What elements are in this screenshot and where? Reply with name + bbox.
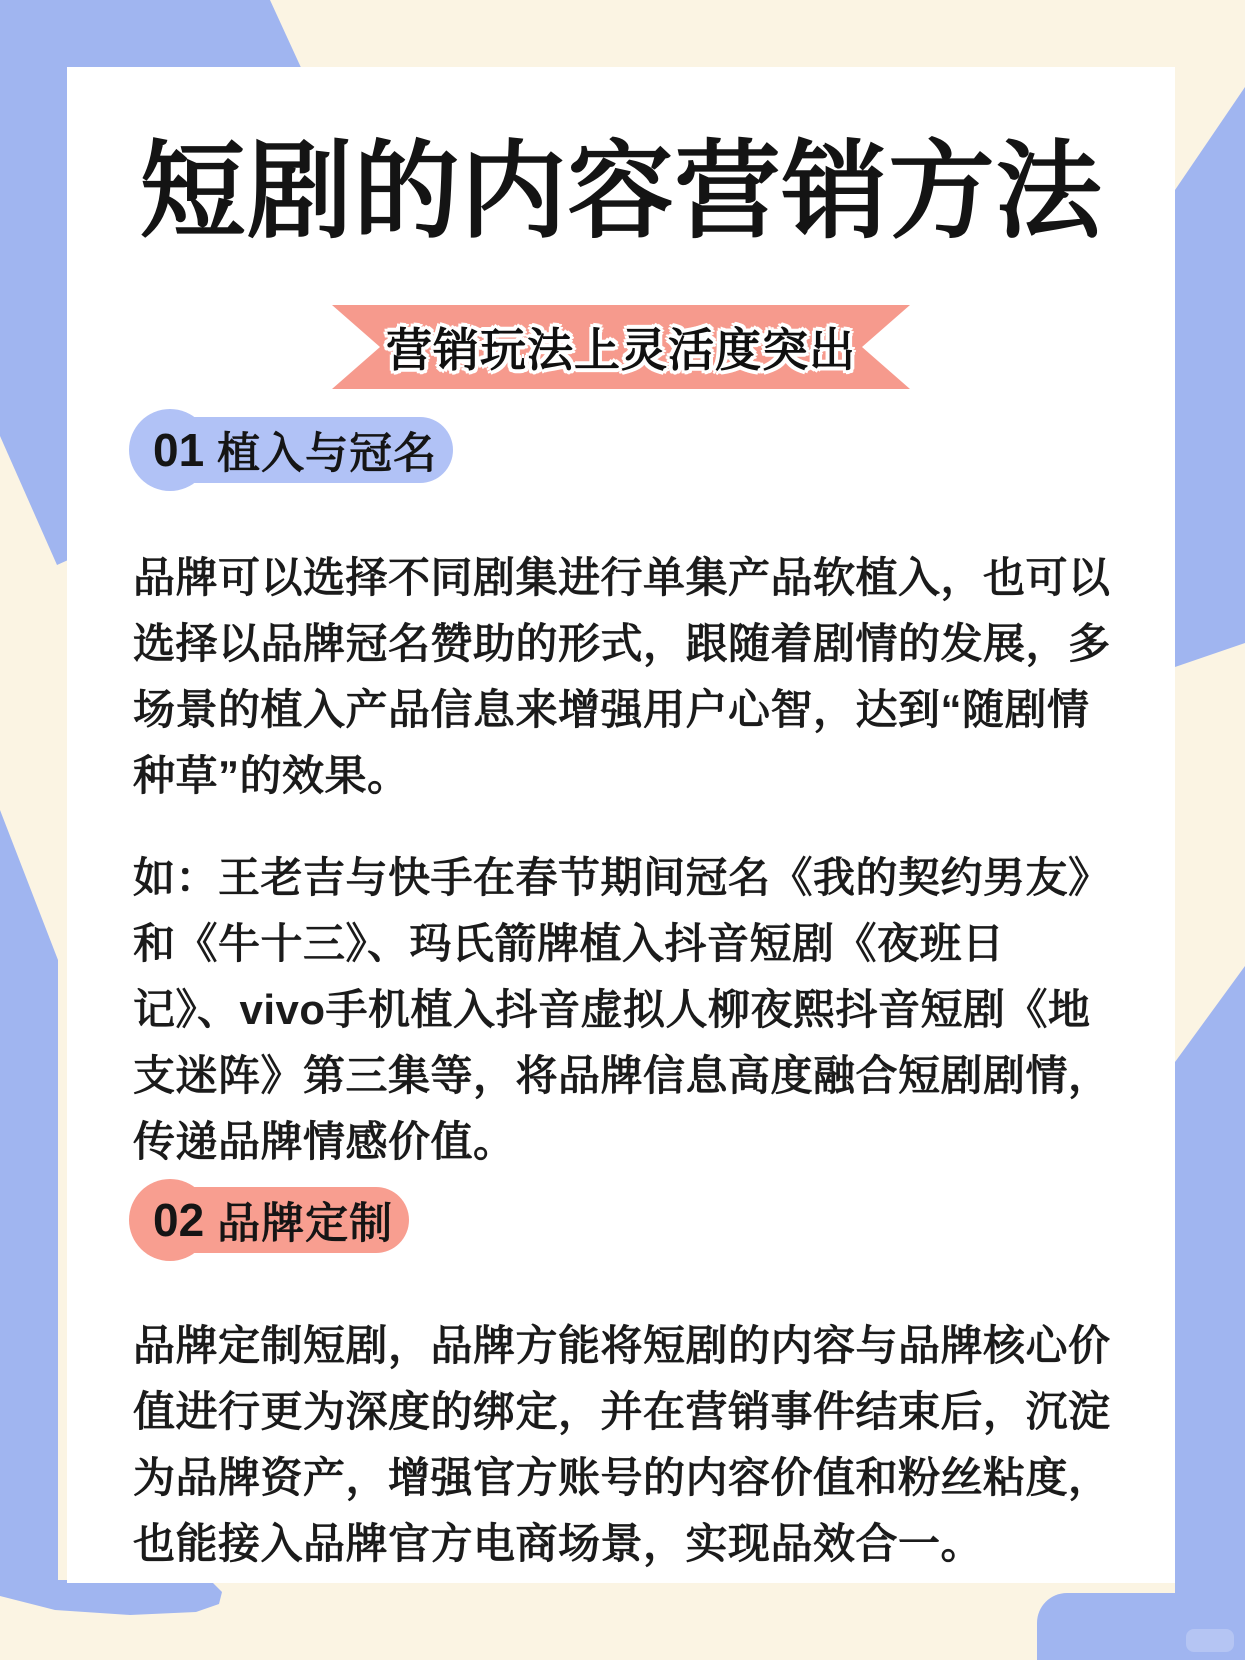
section-02-paragraph-1: 品牌定制短剧，品牌方能将短剧的内容与品牌核心价 值进行更为深度的绑定，并在营销事… [133, 1313, 1109, 1577]
page-title: 短剧的内容营销方法 [133, 133, 1109, 249]
text-line: 值进行更为深度的绑定，并在营销事件结束后，沉淀 [133, 1379, 1109, 1445]
section-02-heading: 品牌定制 [217, 1190, 393, 1251]
text-line: 支迷阵》第三集等，将品牌信息高度融合短剧剧情， [133, 1043, 1109, 1109]
text-line: 记》、vivo手机植入抖音虚拟人柳夜熙抖音短剧《地 [133, 977, 1109, 1043]
section-02-row: 02 品牌定制 [133, 1187, 1109, 1253]
text-line: 传递品牌情感价值。 [133, 1109, 1109, 1175]
section-01-badge: 01 植入与冠名 [133, 417, 453, 483]
text-line: 选择以品牌冠名赞助的形式，跟随着剧情的发展，多 [133, 611, 1109, 677]
text-line: 品牌可以选择不同剧集进行单集产品软植入，也可以 [133, 545, 1109, 611]
text-line: 为品牌资产，增强官方账号的内容价值和粉丝粘度， [133, 1445, 1109, 1511]
section-02-number: 02 [153, 1193, 204, 1247]
text-line: 和《牛十三》、玛氏箭牌植入抖音短剧《夜班日 [133, 911, 1109, 977]
text-line: 场景的植入产品信息来增强用户心智，达到“随剧情 [133, 677, 1109, 743]
page-background: 短剧的内容营销方法 营销玩法上灵活度突出 01 植入与冠名 品牌可以选择不同剧集… [0, 0, 1245, 1660]
content-card: 短剧的内容营销方法 营销玩法上灵活度突出 01 植入与冠名 品牌可以选择不同剧集… [67, 67, 1175, 1583]
section-01-row: 01 植入与冠名 [133, 417, 1109, 483]
section-01-paragraph-1: 品牌可以选择不同剧集进行单集产品软植入，也可以 选择以品牌冠名赞助的形式，跟随着… [133, 545, 1109, 809]
ribbon-label: 营销玩法上灵活度突出 [386, 314, 856, 380]
ribbon-banner: 营销玩法上灵活度突出 [332, 305, 910, 389]
section-01-number: 01 [153, 423, 204, 477]
text-line: 品牌定制短剧，品牌方能将短剧的内容与品牌核心价 [133, 1313, 1109, 1379]
watermark-badge [1186, 1629, 1234, 1652]
text-line: 种草”的效果。 [133, 743, 1109, 809]
text-line: 也能接入品牌官方电商场景，实现品效合一。 [133, 1511, 1109, 1577]
section-01-heading: 植入与冠名 [217, 420, 437, 481]
ribbon-row: 营销玩法上灵活度突出 [133, 305, 1109, 389]
section-02-badge: 02 品牌定制 [133, 1187, 409, 1253]
text-line: 如：王老吉与快手在春节期间冠名《我的契约男友》 [133, 845, 1109, 911]
section-01-paragraph-2: 如：王老吉与快手在春节期间冠名《我的契约男友》 和《牛十三》、玛氏箭牌植入抖音短… [133, 845, 1109, 1175]
